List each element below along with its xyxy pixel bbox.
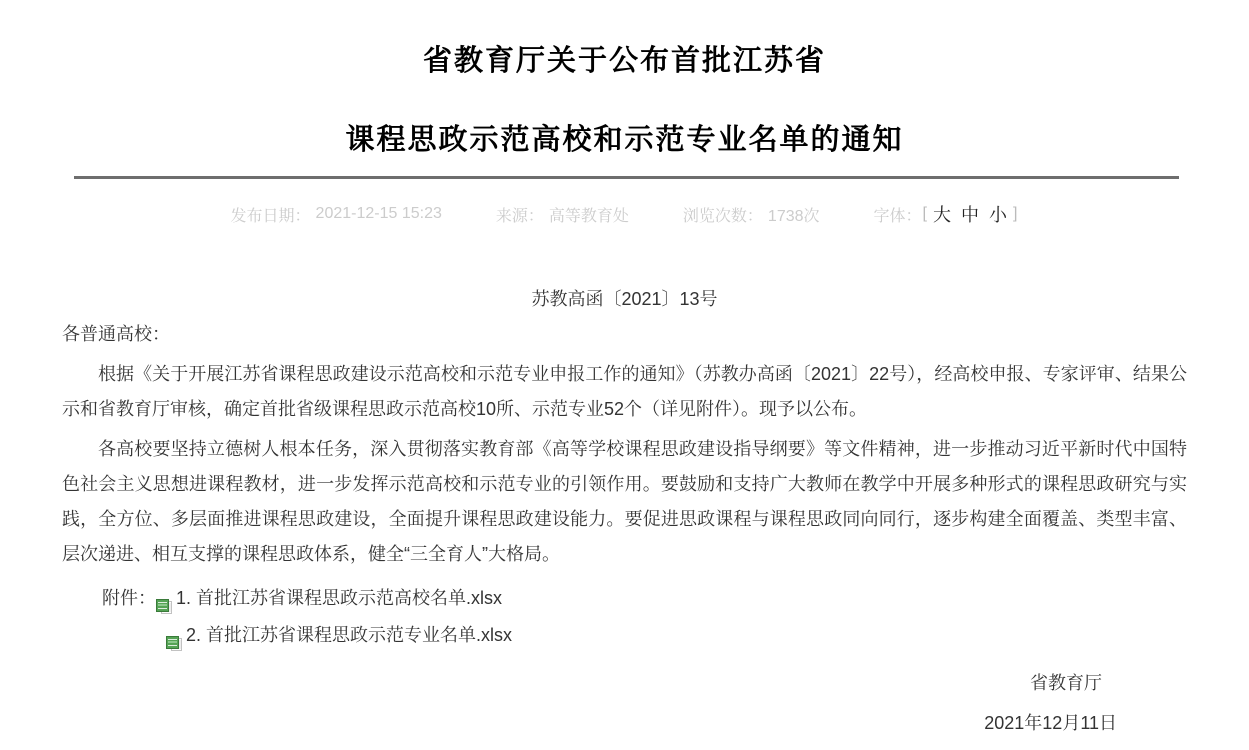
source-value: 高等教育处 <box>549 203 629 226</box>
signature-org: 省教育厅 <box>62 664 1187 702</box>
source-label: 来源： <box>496 203 544 226</box>
excel-file-icon <box>166 628 183 644</box>
view-count-label: 浏览次数： <box>683 203 763 226</box>
signature-date: 2021年12月11日 <box>62 702 1187 744</box>
title-divider <box>74 176 1179 179</box>
excel-file-icon <box>156 591 173 607</box>
page-title-line1: 省教育厅关于公布首批江苏省 <box>62 0 1187 78</box>
publish-date-label: 发布日期： <box>231 203 311 226</box>
view-count-value: 1738次 <box>768 203 820 226</box>
font-size-label: 字体： <box>874 203 922 226</box>
font-size-small-button[interactable]: 小 <box>989 201 1007 227</box>
attachment-link-1-text: 1. 首批江苏省课程思政示范高校名单.xlsx <box>176 580 502 617</box>
font-size-switcher: 字体： [ 大 中 小 ] <box>874 201 1019 227</box>
meta-row: 发布日期： 2021-12-15 15:23 来源： 高等教育处 浏览次数： 1… <box>62 201 1187 227</box>
salutation: 各普通高校： <box>62 317 1187 352</box>
notice-page: 省教育厅关于公布首批江苏省 课程思政示范高校和示范专业名单的通知 发布日期： 2… <box>0 0 1249 750</box>
attachments-section: 附件： 1. 首批江苏省课程思政示范高校名单.xlsx <box>102 580 1187 654</box>
attachments-label: 附件： <box>102 580 156 617</box>
page-title: 省教育厅关于公布首批江苏省 课程思政示范高校和示范专业名单的通知 <box>62 0 1187 157</box>
font-size-bracket-open: [ <box>923 205 927 223</box>
page-title-line2: 课程思政示范高校和示范专业名单的通知 <box>62 123 1187 157</box>
attachment-link-1[interactable]: 1. 首批江苏省课程思政示范高校名单.xlsx <box>156 580 502 617</box>
paragraph-1: 根据《关于开展江苏省课程思政建设示范高校和示范专业申报工作的通知》（苏教办高函〔… <box>62 357 1187 427</box>
attachment-link-2[interactable]: 2. 首批江苏省课程思政示范专业名单.xlsx <box>166 617 512 654</box>
publish-date-value: 2021-12-15 15:23 <box>316 205 442 223</box>
font-size-large-button[interactable]: 大 <box>933 201 951 227</box>
font-size-medium-button[interactable]: 中 <box>961 201 979 227</box>
publish-date: 发布日期： 2021-12-15 15:23 <box>231 203 442 226</box>
paragraph-2: 各高校要坚持立德树人根本任务，深入贯彻落实教育部《高等学校课程思政建设指导纲要》… <box>62 432 1187 572</box>
font-size-bracket-close: ] <box>1013 205 1017 223</box>
document-number: 苏教高函〔2021〕13号 <box>62 282 1187 317</box>
document-body: 苏教高函〔2021〕13号 各普通高校： 根据《关于开展江苏省课程思政建设示范高… <box>62 282 1187 744</box>
attachment-row: 2. 首批江苏省课程思政示范专业名单.xlsx <box>166 617 1187 654</box>
view-count: 浏览次数： 1738次 <box>683 203 820 226</box>
signature-block: 省教育厅 2021年12月11日 <box>62 664 1187 744</box>
attachment-row: 附件： 1. 首批江苏省课程思政示范高校名单.xlsx <box>102 580 1187 617</box>
attachment-link-2-text: 2. 首批江苏省课程思政示范专业名单.xlsx <box>186 617 512 654</box>
source: 来源： 高等教育处 <box>496 203 629 226</box>
